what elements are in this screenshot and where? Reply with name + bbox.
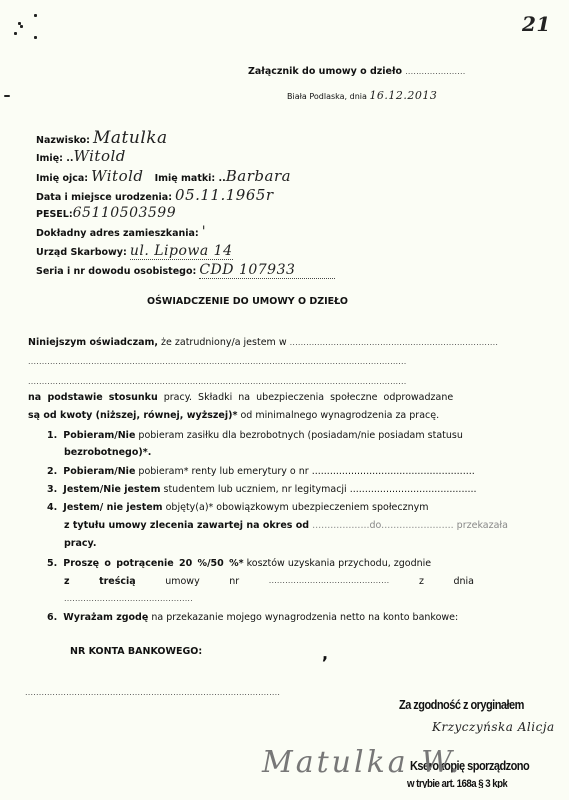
attachment-line: Załącznik do umowy o dzieło ............… [248,66,465,77]
father-name-value: Witold [91,167,143,185]
address-label: Dokładny adres zamieszkania: [36,228,199,239]
bank-account-label: NR KONTA BANKOWEGO: [70,646,202,657]
birth-value: 05.11.1965r [175,186,274,204]
birth-label: Data i miejsce urodzenia: [36,192,172,203]
basis-text: pracy. Składki na ubezpieczenia społeczn… [164,392,453,403]
list-item-1: 1. Pobieram/Nie pobieram zasiłku dla bez… [47,430,463,441]
list-item-5-line3: ........................................… [64,594,193,603]
place-date-label: Biała Podlaska, dnia [287,92,367,101]
id-value: CDD 107933 [199,262,335,279]
list-item-4-line2: z tytułu umowy zlecenia zawartej na okre… [64,520,508,531]
list-item-3: 3. Jestem/Nie jestem studentem lub uczni… [47,484,477,495]
list-item-1-line2: bezrobotnego)*. [64,447,151,458]
intro-bold: Niniejszym oświadczam, [28,337,158,348]
list-item-4: 4. Jestem/ nie jestem objęty(a)* obowiąz… [47,502,429,513]
bank-account-dots: ........................................… [25,688,280,697]
pesel-value: 65110503599 [73,205,176,221]
pesel-label: PESEL: [36,209,73,220]
bank-mark: , [322,644,328,663]
father-name-label: Imię ojca: [36,173,88,184]
document-title: OŚWIADCZENIE DO UMOWY O DZIEŁO [147,296,348,307]
address-value: ' [202,224,206,240]
intro-text: że zatrudniony/a jestem w [161,337,287,348]
surname-value: Matulka [93,128,168,148]
list-item-6: 6. Wyrażam zgodę na przekazanie mojego w… [47,612,458,623]
amount-text: od minimalnego wynagrodzenia za pracę. [240,410,439,421]
bottom-signature: Matulka W. [262,745,462,780]
list-item-5-line2: z treścią umowy nr .....................… [64,576,474,587]
mother-name-value: Barbara [226,167,291,185]
place-date-line: Biała Podlaska, dnia 16.12.2013 [287,89,437,102]
id-label: Seria i nr dowodu osobistego: [36,266,196,277]
surname-label: Nazwisko: [36,135,90,146]
amount-bold: są od kwoty (niższej, równej, wyższej)* [28,410,237,421]
tax-office-value: ul. Lipowa 14 [130,243,233,260]
first-name-label: Imię: .. [36,153,73,164]
attachment-dots: ...................... [405,67,465,76]
scan-speck [34,14,37,17]
list-item-5: 5. Proszę o potrącenie 20 %/50 %* kosztó… [47,558,431,569]
basis-bold-1: na podstawie [28,392,103,403]
certification-signature: Krzyczyńska Alicja [432,720,555,734]
scan-speck [20,25,23,28]
employer-dots-1: ........................................… [28,357,538,366]
employer-dots-2: ........................................… [28,377,538,386]
attachment-label: Załącznik do umowy o dzieło [248,66,402,77]
certification-line1: Za zgodność z oryginałem [399,698,524,712]
page-number: 21 [522,12,551,36]
scan-speck [34,36,37,39]
list-item-4-line3: pracy. [64,538,96,549]
list-item-2: 2. Pobieram/Nie pobieram* renty lub emer… [47,466,475,477]
scan-speck [4,95,10,97]
place-date-value: 16.12.2013 [369,89,437,102]
mother-name-label: Imię matki: .. [155,173,226,184]
basis-bold-2: stosunku [109,392,158,403]
first-name-value: Witold [73,147,125,165]
scan-speck [14,32,17,35]
tax-office-label: Urząd Skarbowy: [36,247,127,258]
